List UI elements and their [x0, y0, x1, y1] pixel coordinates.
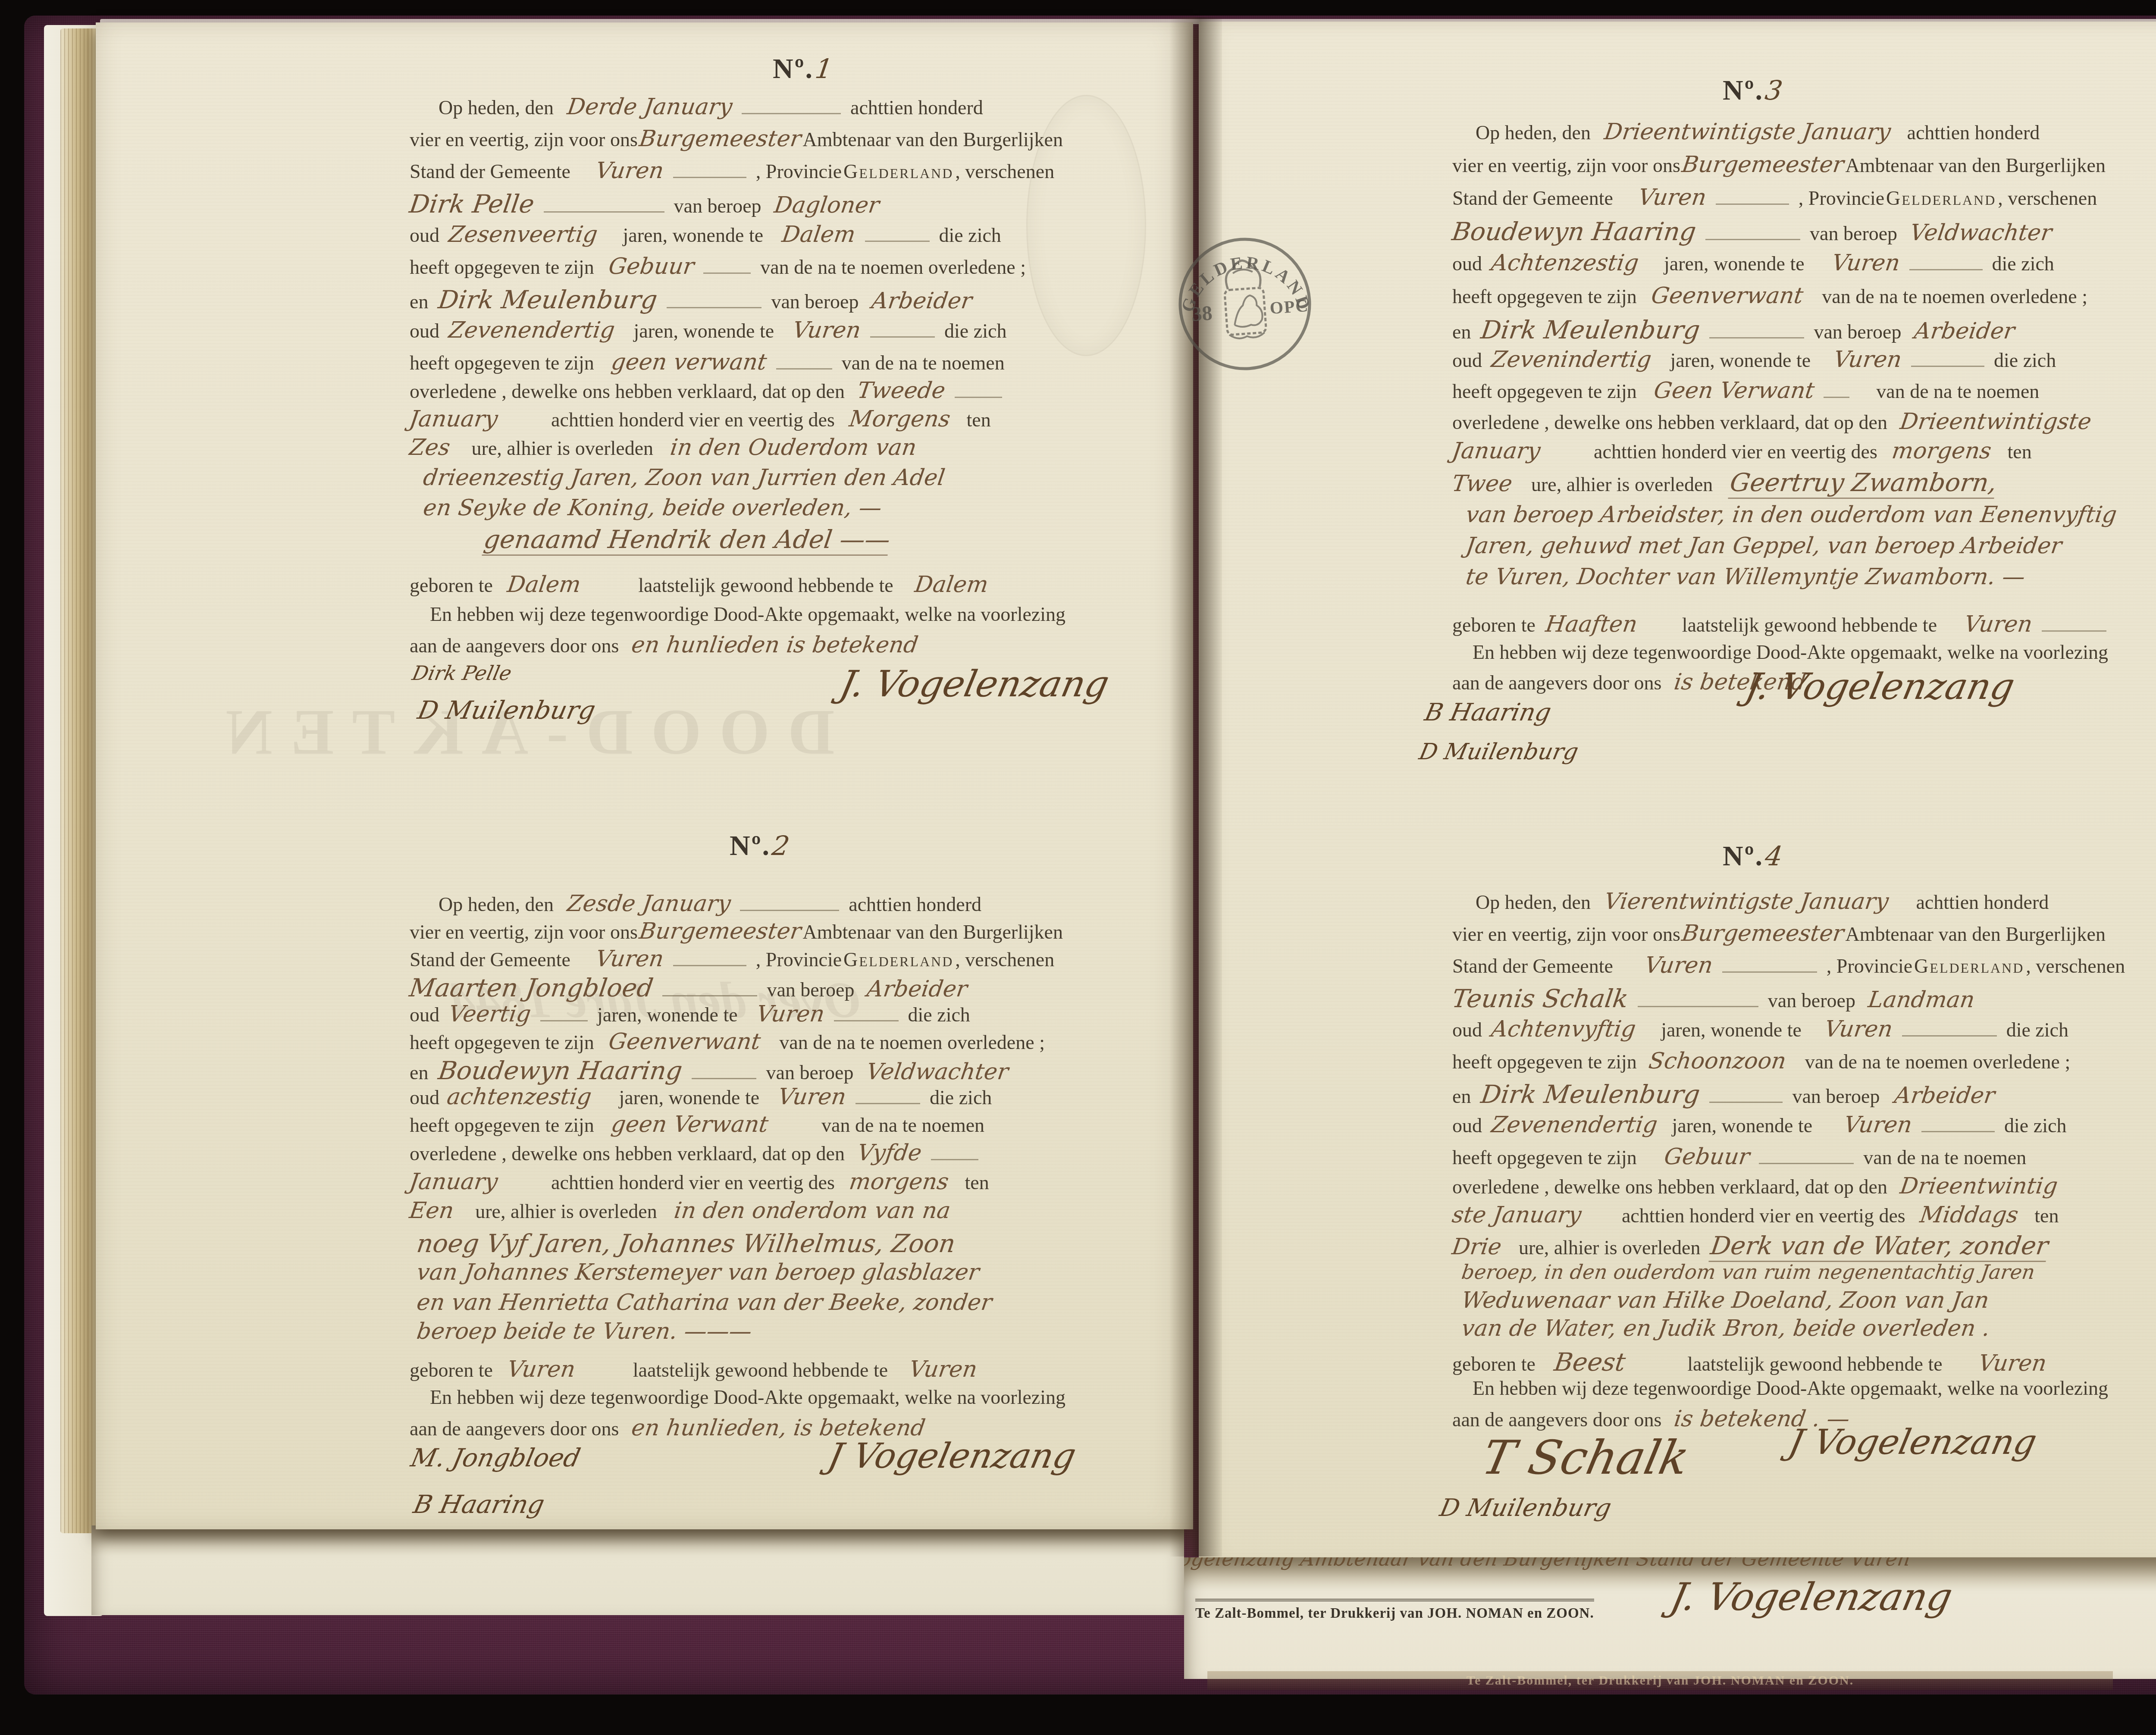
- form-line: geboren te Beest laatstelijk gewoond heb…: [1452, 1350, 2046, 1375]
- handwritten-deceased: noeg Vyf Jaren, Johannes Wilhelmus, Zoon: [415, 1231, 957, 1256]
- handwritten-text: Vogelenzang Ambtenaar van den Burgerlijk…: [1184, 1557, 1912, 1569]
- printed-text: jaren, wonende te: [1672, 1115, 1813, 1137]
- handwritten-occupation: Veldwachter: [865, 1061, 1009, 1083]
- stamp-left-text: 38: [1191, 301, 1213, 326]
- stamp-right-text: OPC: [1269, 296, 1309, 318]
- handwritten-place: Vuren: [777, 1086, 847, 1108]
- printed-text: oud: [410, 1004, 439, 1026]
- form-line: oud achtenzestig jaren, wonende te Vuren…: [410, 1086, 992, 1108]
- handwritten-deceased: en van Henrietta Catharina van der Beeke…: [415, 1291, 993, 1314]
- printed-text: van beroep: [1768, 990, 1855, 1012]
- blank-rule: [740, 905, 839, 911]
- printed-text: jaren, wonende te: [597, 1004, 738, 1026]
- printed-text: Gelderland: [1914, 955, 2024, 977]
- blank-rule: [834, 1015, 899, 1021]
- printed-text: Ambtenaar van den Burgerlijken: [803, 921, 1063, 943]
- printed-text: Op heden, den: [439, 893, 554, 915]
- right-page: Nº. 3 Op heden, den Drieentwintigste Jan…: [1199, 22, 2156, 1564]
- printed-text: Stand der Gemeente: [1452, 955, 1613, 977]
- handwritten-deceased: van Johannes Kerstemeyer van beroep glas…: [415, 1261, 981, 1284]
- handwritten-deceased: beroep, in den ouderdom van ruim negenen…: [1460, 1262, 2036, 1282]
- handwritten-deceased-name: Derk van de Water, zonder: [1709, 1233, 2050, 1262]
- form-line: Weduwenaar van Hilke Doeland, Zoon van J…: [1462, 1289, 1989, 1312]
- handwritten-informant2-name: Dirk Meulenburg: [1479, 1082, 1702, 1107]
- printed-text: En hebben wij deze tegenwoordige Dood-Ak…: [1473, 1377, 2108, 1399]
- form-line: ste January achttien honderd vier en vee…: [1452, 1204, 2059, 1226]
- official-signature: J. Vogelenzang: [1667, 1578, 1956, 1616]
- form-line: heeft opgegeven te zijn geen Verwant van…: [410, 1113, 984, 1136]
- printed-text: aan de aangevers door ons: [1452, 1409, 1661, 1431]
- form-line: oud Achtenvyftig jaren, wonende te Vuren…: [1452, 1018, 2068, 1040]
- blank-rule: [692, 1073, 756, 1079]
- form-line: vier en veertig, zijn voor ons Burgemees…: [1452, 922, 2106, 945]
- printed-text: laatstelijk gewoond hebbende te: [1687, 1353, 1942, 1375]
- form-line: heeft opgegeven te zijn Gebuur van de na…: [1452, 1146, 2026, 1168]
- handwritten-age: Achtenvyftig: [1490, 1018, 1637, 1040]
- printed-text: oud: [1452, 1115, 1482, 1137]
- handwritten-month: ste January: [1451, 1204, 1583, 1226]
- printed-text: die zich: [908, 1004, 970, 1026]
- handwritten-deceased: beroep beide te Vuren. ———: [415, 1320, 753, 1343]
- printed-text: , Provincie: [756, 949, 842, 971]
- form-line: En hebben wij deze tegenwoordige Dood-Ak…: [430, 1387, 1065, 1407]
- form-line: en Boudewyn Haaring van beroep Veldwacht…: [410, 1058, 1008, 1083]
- form-line: Op heden, den Zesde January achttien hon…: [439, 893, 981, 915]
- handwritten-hour: Drie: [1451, 1236, 1503, 1258]
- official-signature: J Vogelenzang: [825, 1439, 1079, 1473]
- printed-text: ten: [2034, 1205, 2059, 1227]
- handwritten-relation: geen Verwant: [610, 1113, 769, 1136]
- handwritten-age: Veertig: [447, 1003, 532, 1025]
- witness-signature: M. Jongbloed: [409, 1445, 583, 1470]
- printed-text: , verschenen: [2026, 955, 2125, 977]
- handwritten-occupation: Arbeider: [866, 978, 969, 1000]
- blank-rule: [1709, 1096, 1783, 1103]
- printed-text: geboren te: [1452, 1353, 1536, 1375]
- entry-number-digit: 4: [1763, 840, 1785, 872]
- printed-text: achttien honderd: [1916, 891, 2049, 913]
- entry-number: Nº. 4: [1723, 840, 1782, 873]
- handwritten-place: Vuren: [1843, 1114, 1914, 1136]
- blank-rule: [673, 960, 746, 966]
- form-line: Maarten Jongbloed van beroep Arbeider: [410, 975, 968, 1000]
- printed-text: En hebben wij deze tegenwoordige Dood-Ak…: [430, 1386, 1065, 1408]
- printed-text: overledene , dewelke ons hebben verklaar…: [1452, 1176, 1887, 1198]
- blank-rule: [1759, 1158, 1854, 1164]
- printed-text: overledene , dewelke ons hebben verklaar…: [410, 1143, 845, 1165]
- handwritten-hour: Een: [408, 1199, 455, 1222]
- handwritten-date: Zesde January: [566, 893, 732, 915]
- printed-text: vier en veertig, zijn voor ons: [1452, 923, 1680, 945]
- signature-row: J Vogelenzang: [829, 1439, 1075, 1473]
- form-line: Drie ure, alhier is overleden Derk van d…: [1452, 1233, 2048, 1262]
- handwritten-relation: Schoonzoon: [1647, 1050, 1787, 1072]
- printed-text: Op heden, den: [1476, 891, 1591, 913]
- handwritten-lastplace: Vuren: [1977, 1352, 2048, 1375]
- form-line: van Johannes Kerstemeyer van beroep glas…: [417, 1261, 979, 1284]
- handwritten-gemeente: Vuren: [1643, 954, 1714, 977]
- printed-text: aan de aangevers door ons: [410, 1418, 619, 1440]
- printed-text: ten: [965, 1171, 989, 1193]
- printed-text: achttien honderd vier en veertig des: [551, 1171, 835, 1193]
- printed-text: van beroep: [766, 1062, 853, 1084]
- form-line: en van Henrietta Catharina van der Beeke…: [417, 1291, 992, 1314]
- page-edges-left: [60, 28, 100, 1533]
- form-line: Stand der Gemeente Vuren , Provincie Gel…: [1452, 954, 2125, 977]
- form-line: heeft opgegeven te zijn Schoonzoon van d…: [1452, 1050, 2070, 1072]
- handwritten-official: Burgemeester: [1680, 922, 1845, 945]
- handwritten-age: Zevenendertig: [1490, 1114, 1659, 1136]
- printed-text: die zich: [2006, 1019, 2068, 1041]
- form-line: En hebben wij deze tegenwoordige Dood-Ak…: [1473, 1378, 2108, 1398]
- printed-text: vier en veertig, zijn voor ons: [410, 921, 638, 943]
- printer-imprint-text: Te Zalt-Bommel, ter Drukkerij van JOH. N…: [1195, 1606, 1594, 1621]
- handwritten-place: Vuren: [755, 1003, 826, 1025]
- printed-text: oud: [410, 1087, 439, 1109]
- blank-rule: [931, 1154, 978, 1160]
- blank-rule: [662, 990, 757, 996]
- form-line: overledene , dewelke ons hebben verklaar…: [1452, 1175, 2058, 1197]
- handwritten-birthplace: Vuren: [506, 1358, 577, 1381]
- form-line: vier en veertig, zijn voor ons Burgemees…: [410, 920, 1063, 943]
- printed-text: , Provincie: [1827, 955, 1912, 977]
- printed-text: heeft opgegeven te zijn: [410, 1031, 594, 1053]
- printed-text: heeft opgegeven te zijn: [1452, 1051, 1637, 1073]
- printed-text: heeft opgegeven te zijn: [410, 1114, 594, 1136]
- handwritten-lastplace: Vuren: [908, 1358, 978, 1381]
- witness-signature: T Schalk: [1479, 1435, 1693, 1481]
- signature-row: B Haaring: [414, 1492, 544, 1517]
- printed-text: Gelderland: [843, 949, 953, 971]
- printed-text: achttien honderd vier en veertig des: [1622, 1205, 1905, 1227]
- death-record-4: Nº. 4 Op heden, den Vierentwintigste Jan…: [1199, 22, 2156, 1564]
- handwritten-death-day: Drieentwintig: [1899, 1175, 2059, 1197]
- handwritten-relation: Geenverwant: [607, 1030, 762, 1053]
- form-line: heeft opgegeven te zijn Geenverwant van …: [410, 1030, 1045, 1053]
- no-label: Nº.: [730, 830, 771, 861]
- undersheet-right: Vogelenzang Ambtenaar van den Burgerlijk…: [1184, 1557, 2156, 1679]
- handwritten-place: Vuren: [1823, 1018, 1894, 1040]
- printed-text: van de na te noemen overledene ;: [779, 1031, 1045, 1053]
- printed-text: jaren, wonende te: [1661, 1019, 1802, 1041]
- left-page: DOOD-AKTEN Over den Jare 1844 Nº. 1 Op h…: [96, 22, 1193, 1529]
- form-line: Op heden, den Vierentwintigste January a…: [1476, 890, 2049, 913]
- handwritten-birthplace: Beest: [1553, 1350, 1627, 1375]
- printed-text: Stand der Gemeente: [410, 949, 570, 971]
- blank-rule: [1638, 1001, 1758, 1007]
- handwritten-age: achtenzestig: [445, 1086, 593, 1108]
- form-line: Stand der Gemeente Vuren , Provincie Gel…: [410, 948, 1054, 970]
- handwritten-informant1-name: Teunis Schalk: [1451, 986, 1630, 1011]
- signature-row: D Muilenburg: [1440, 1496, 1611, 1520]
- gelderland-stamp: GELDERLAND. 38 OPC: [1169, 228, 1321, 380]
- handwritten-daypart: Middags: [1918, 1204, 2020, 1226]
- printed-text: heeft opgegeven te zijn: [1452, 1146, 1637, 1168]
- printed-text: en: [1452, 1085, 1471, 1107]
- blank-rule: [1921, 1126, 1995, 1132]
- form-line: noeg Vyf Jaren, Johannes Wilhelmus, Zoon: [417, 1231, 955, 1256]
- undersheet-left: [91, 1525, 1184, 1615]
- blank-rule: [1902, 1030, 1997, 1037]
- form-line: beroep beide te Vuren. ———: [417, 1320, 752, 1343]
- form-line: Een ure, alhier is overleden in den onde…: [410, 1199, 950, 1222]
- printed-text: geboren te: [410, 1359, 493, 1381]
- printer-imprint-dim: Te Zalt-Bommel, ter Drukkerij van JOH. N…: [1207, 1671, 2113, 1690]
- form-line: beroep, in den ouderdom van ruim negenen…: [1462, 1262, 2035, 1282]
- form-line: Teunis Schalk van beroep Landman: [1452, 986, 1974, 1011]
- entry-number: Nº. 2: [730, 830, 789, 862]
- partial-handwritten-line: Vogelenzang Ambtenaar van den Burgerlijk…: [1184, 1557, 1910, 1569]
- handwritten-deceased: van de Water, en Judik Bron, beide overl…: [1460, 1317, 1991, 1340]
- form-line: January achttien honderd vier en veertig…: [410, 1171, 989, 1193]
- printed-text: jaren, wonende te: [619, 1087, 759, 1109]
- printed-text: ure, alhier is overleden: [1519, 1237, 1700, 1259]
- form-line: oud Zevenendertig jaren, wonende te Vure…: [1452, 1114, 2066, 1136]
- blank-rule: [856, 1098, 920, 1104]
- handwritten-deceased: in den onderdom van na: [673, 1199, 952, 1222]
- handwritten-gemeente: Vuren: [594, 948, 665, 970]
- handwritten-daypart: morgens: [848, 1171, 950, 1193]
- signature-row: T Schalk: [1483, 1435, 1688, 1481]
- form-line: van de Water, en Judik Bron, beide overl…: [1462, 1317, 1990, 1340]
- handwritten-occupation: Arbeider: [1893, 1084, 1996, 1107]
- printed-text: ure, alhier is overleden: [475, 1200, 657, 1222]
- handwritten-occupation: Landman: [1867, 989, 1976, 1011]
- printer-imprint-text: Te Zalt-Bommel, ter Drukkerij van JOH. N…: [1467, 1673, 1854, 1688]
- signature-row: J. Vogelenzang: [1671, 1578, 1952, 1616]
- form-line: oud Veertig jaren, wonende te Vuren die …: [410, 1003, 970, 1025]
- no-label: Nº.: [1723, 840, 1764, 872]
- official-signature: J Vogelenzang: [1786, 1425, 2040, 1459]
- printed-text: oud: [1452, 1019, 1482, 1041]
- form-line: overledene , dewelke ons hebben verklaar…: [410, 1142, 986, 1164]
- printed-text: , verschenen: [955, 949, 1054, 971]
- handwritten-informant1-name: Maarten Jongbloed: [408, 975, 655, 1000]
- printed-text: van de na te noemen: [821, 1114, 984, 1136]
- witness-signature: D Muilenburg: [1438, 1496, 1614, 1520]
- printer-imprint: Te Zalt-Bommel, ter Drukkerij van JOH. N…: [1195, 1599, 1594, 1622]
- entry-number-digit: 2: [770, 830, 792, 861]
- form-line: geboren te Vuren laatstelijk gewoond heb…: [410, 1358, 977, 1381]
- handwritten-informant2-name: Boudewyn Haaring: [437, 1058, 684, 1083]
- printed-text: die zich: [2004, 1115, 2066, 1137]
- handwritten-month: January: [408, 1171, 499, 1193]
- printed-text: laatstelijk gewoond hebbende te: [633, 1359, 888, 1381]
- signature-row: J Vogelenzang: [1789, 1425, 2036, 1459]
- printed-text: achttien honderd: [849, 893, 981, 915]
- printed-text: die zich: [930, 1087, 992, 1109]
- blank-rule: [1722, 966, 1817, 973]
- handwritten-relation: Gebuur: [1663, 1146, 1751, 1168]
- printed-text: van beroep: [767, 979, 854, 1001]
- witness-signature: B Haaring: [411, 1492, 547, 1517]
- printed-text: van de na te noemen: [1863, 1146, 2026, 1168]
- handwritten-date: Vierentwintigste January: [1603, 890, 1890, 913]
- handwritten-official: Burgemeester: [638, 920, 802, 943]
- printed-text: Ambtenaar van den Burgerlijken: [1846, 923, 2106, 945]
- form-line: en Dirk Meulenburg van beroep Arbeider: [1452, 1082, 1995, 1107]
- signature-row: M. Jongbloed: [411, 1445, 580, 1470]
- handwritten-deceased: Weduwenaar van Hilke Doeland, Zoon van J…: [1460, 1289, 1990, 1312]
- printed-text: en: [410, 1062, 428, 1084]
- printed-text: van de na te noemen overledene ;: [1805, 1051, 2071, 1073]
- handwritten-death-day: Vyfde: [856, 1142, 923, 1164]
- blind-embossed-seal: [1026, 95, 1146, 356]
- blank-rule: [540, 1015, 588, 1021]
- printed-text: van beroep: [1792, 1085, 1880, 1107]
